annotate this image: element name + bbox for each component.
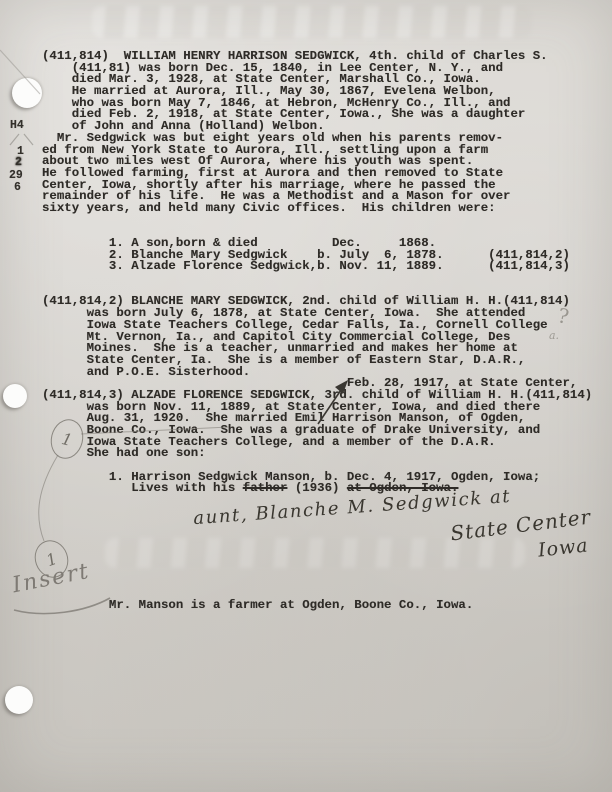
typed-line: sixty years, and held many Civic offices… — [42, 203, 592, 215]
typed-line — [42, 565, 592, 577]
circled-marker-label: 1 — [60, 429, 74, 450]
document-page: H4 1 2 29 6 (411,814) WILLIAM HENRY HARR… — [0, 0, 612, 792]
punch-hole — [12, 78, 42, 108]
typed-line — [42, 273, 592, 285]
punch-hole — [5, 686, 33, 714]
margin-stamp-line: H4 — [10, 119, 24, 132]
typed-line — [42, 215, 592, 227]
side-mark-annotation: a. — [549, 329, 559, 342]
margin-stamp-line: 2 — [15, 156, 22, 169]
typed-line: 3. Alzade Florence Sedgwick,b. Nov. 11, … — [42, 261, 592, 273]
ghost-imprint-top — [92, 6, 532, 38]
punch-hole — [3, 384, 27, 408]
typed-line — [42, 554, 592, 566]
typed-line — [42, 542, 592, 554]
struck-text: father — [243, 481, 288, 495]
typed-line: Mr. Manson is a farmer at Ogden, Boone C… — [42, 600, 592, 612]
typed-text: Lives with his — [42, 481, 243, 495]
pencil-check — [24, 134, 33, 145]
typed-line — [42, 577, 592, 589]
typed-line: She had one son: — [42, 448, 592, 460]
typed-text: (1936) — [287, 481, 347, 495]
pencil-check — [10, 134, 19, 145]
margin-stamp-line: 6 — [14, 181, 21, 194]
